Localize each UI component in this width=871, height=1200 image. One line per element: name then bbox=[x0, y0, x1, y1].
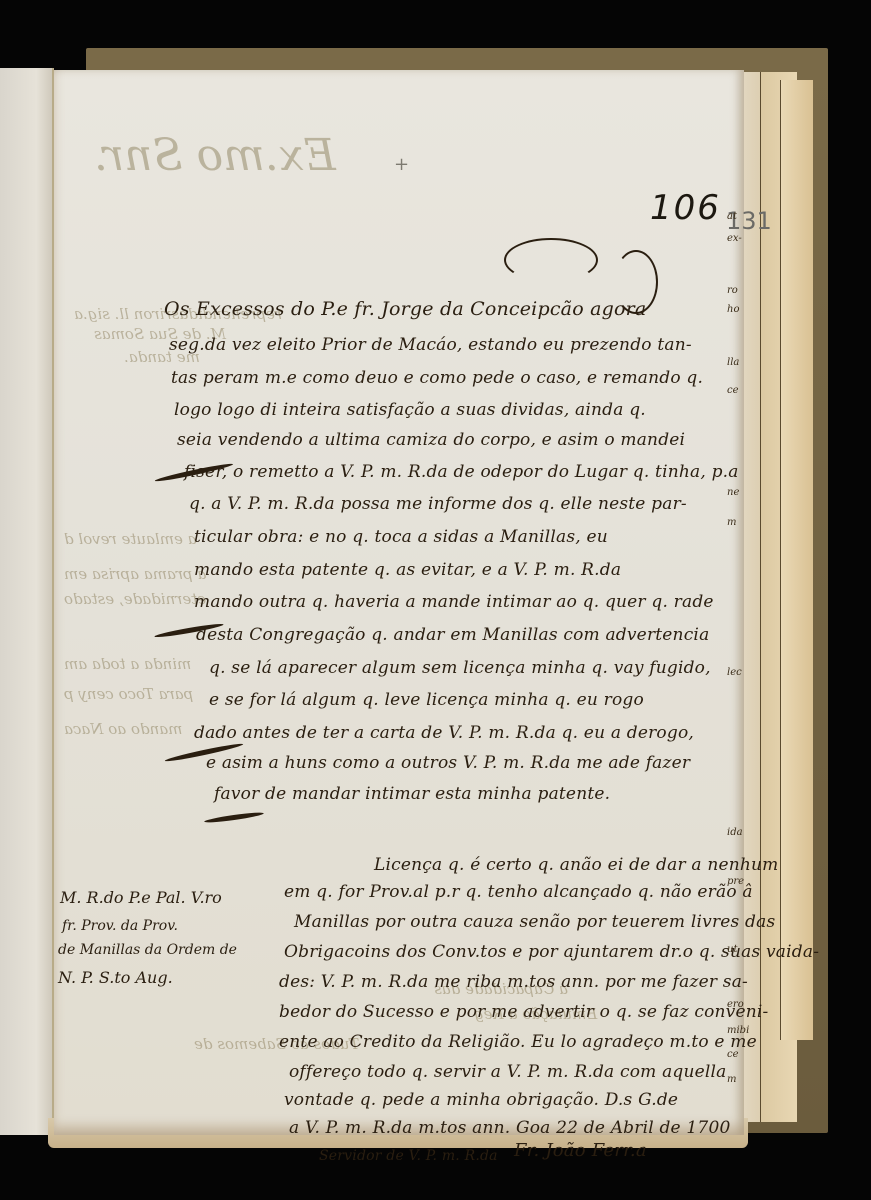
letter-line-date: a V. P. m. R.da m.tos ann. Goa 22 de Abr… bbox=[289, 1118, 730, 1138]
flourish-ornament bbox=[504, 238, 598, 282]
address-line: N. P. S.to Aug. bbox=[58, 968, 173, 987]
letter-line: logo logo di inteira satisfação a suas d… bbox=[174, 400, 646, 420]
letter-line: e asim a huns como a outros V. P. m. R.d… bbox=[206, 753, 690, 773]
adjacent-page-fragment: ero bbox=[727, 1000, 744, 1010]
letter-line: Obrigacoins dos Conv.tos e por ajuntarem… bbox=[284, 942, 819, 962]
letter-line: em q. for Prov.al p.r q. tenho alcançado… bbox=[284, 882, 753, 902]
letter-line: q. se lá aparecer algum sem licença minh… bbox=[209, 658, 711, 678]
letter-line: fiser, o remetto a V. P. m. R.da de odep… bbox=[184, 462, 739, 482]
address-line: fr. Prov. da Prov. bbox=[62, 918, 178, 934]
adjacent-page-fragment: lla bbox=[727, 358, 739, 368]
page-stack-edge-3 bbox=[780, 80, 813, 1040]
letter-line: vontade q. pede a minha obrigação. D.s G… bbox=[284, 1090, 678, 1110]
letter-line: bedor do Sucesso e por me advertir o q. … bbox=[279, 1002, 768, 1022]
signature: Fr. João Ferr.a bbox=[514, 1140, 647, 1161]
show-through-text: a emlaute revol d bbox=[64, 530, 197, 548]
top-cross-mark: + bbox=[394, 154, 409, 175]
adjacent-page-fragment: ex- bbox=[727, 234, 742, 244]
adjacent-page-fragment: m bbox=[727, 1075, 736, 1085]
letter-line: q. a V. P. m. R.da possa me informe dos … bbox=[189, 494, 687, 514]
letter-line: Manillas por outra cauza senão por teuer… bbox=[294, 912, 775, 932]
letter-line: desta Congregação q. andar em Manillas c… bbox=[196, 625, 709, 645]
adjacent-page-fragment: ut bbox=[727, 945, 737, 955]
letter-line: ente ao Credito da Religião. Eu lo agrad… bbox=[279, 1032, 757, 1052]
letter-line: mando esta patente q. as evitar, e a V. … bbox=[194, 560, 621, 580]
letter-line: Licença q. é certo q. anão ei de dar a n… bbox=[374, 855, 779, 875]
address-line: M. R.do P.e Pal. V.ro bbox=[60, 888, 222, 907]
adjacent-page-fragment: ce bbox=[727, 386, 739, 396]
adjacent-page-fragment: ro bbox=[727, 286, 738, 296]
show-through-heading: Ex.mo Snr. bbox=[94, 130, 336, 181]
adjacent-page-fragment: ida bbox=[727, 828, 743, 838]
adjacent-page-fragment: at bbox=[727, 212, 737, 222]
show-through-text: eternidade, estado bbox=[64, 590, 206, 608]
letter-line: tas peram m.e como deuo e como pede o ca… bbox=[171, 368, 703, 388]
adjacent-page-fragment: m bbox=[727, 518, 736, 528]
letter-line: Os Excessos do P.e fr. Jorge da Conceipc… bbox=[164, 298, 646, 320]
show-through-text: para Toco ceny p bbox=[64, 685, 193, 703]
show-through-text: minda a toda am bbox=[64, 655, 191, 673]
show-through-text: a prama aprisa em bbox=[64, 565, 206, 583]
letter-line: mando outra q. haveria a mande intimar a… bbox=[194, 592, 714, 612]
show-through-text: mando ao Naca bbox=[64, 720, 182, 738]
adjacent-page-fragment: lec bbox=[727, 668, 742, 678]
folio-number-ink: 106 bbox=[650, 188, 721, 228]
closing-servidor: Servidor de V. P. m. R.da bbox=[319, 1148, 498, 1164]
adjacent-page-fragment: ne bbox=[727, 488, 739, 498]
letter-line: offereço todo q. servir a V. P. m. R.da … bbox=[289, 1062, 727, 1082]
facing-page-left bbox=[0, 68, 54, 1135]
adjacent-page-fragment: ho bbox=[727, 305, 739, 315]
letter-line: dado antes de ter a carta de V. P. m. R.… bbox=[194, 723, 694, 743]
letter-line: e se for lá algum q. leve licença minha … bbox=[209, 690, 644, 710]
letter-line: ticular obra: e no q. toca a sidas a Man… bbox=[194, 527, 608, 547]
adjacent-page-fragment: mibi bbox=[727, 1026, 749, 1036]
letter-line: des: V. P. m. R.da me riba m.tos ann. po… bbox=[279, 972, 748, 992]
adjacent-page-fragment: pre bbox=[727, 877, 744, 887]
letter-line: seg.da vez eleito Prior de Macáo, estand… bbox=[169, 335, 692, 355]
letter-line: seia vendendo a ultima camiza do corpo, … bbox=[177, 430, 685, 450]
address-line: de Manillas da Ordem de bbox=[58, 942, 237, 958]
adjacent-page-fragment: ce bbox=[727, 1050, 739, 1060]
manuscript-page: Ex.mo Snr. reprehendidasriron ll. sig.a … bbox=[54, 70, 744, 1135]
flourish-stroke bbox=[204, 811, 264, 824]
letter-line: favor de mandar intimar esta minha paten… bbox=[214, 784, 610, 804]
